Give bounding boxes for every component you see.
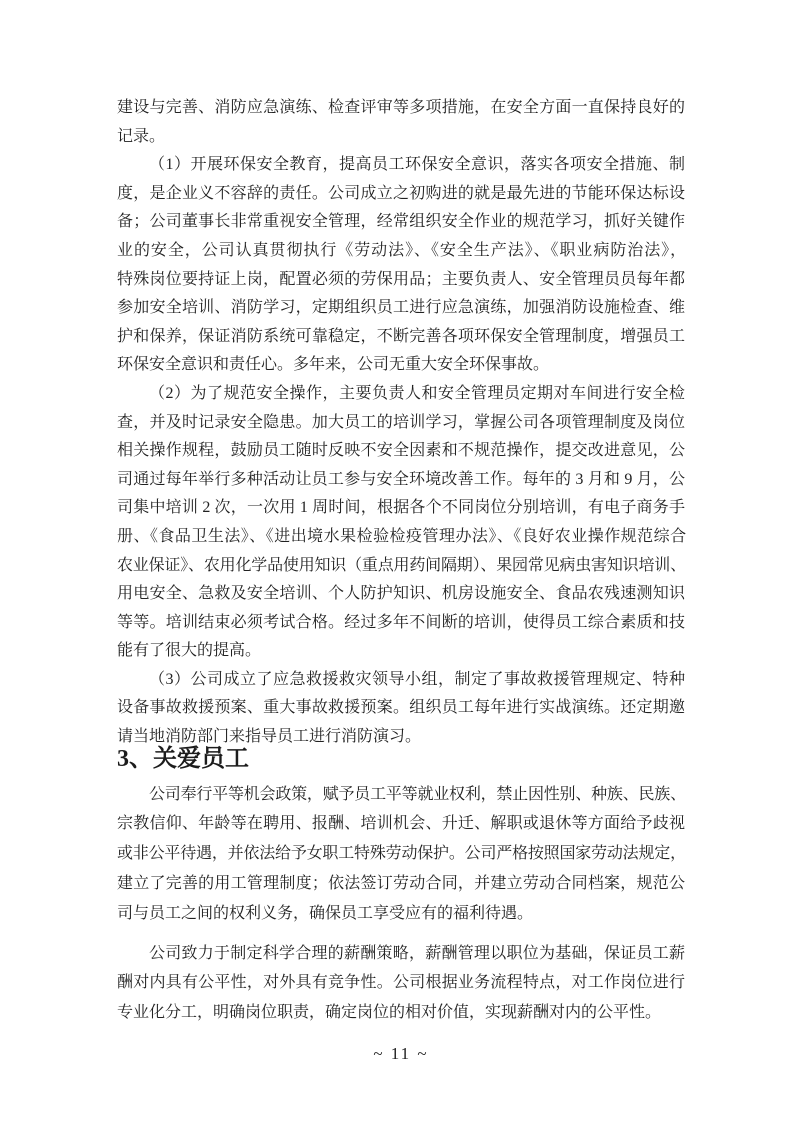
section-care-for-employees: 公司奉行平等机会政策，赋予员工平等就业权利，禁止因性别、种族、民族、 宗教信仰、…: [117, 780, 685, 1028]
text-line: 册、《食品卫生法》、《进出境水果检验检疫管理办法》、《良好农业操作规范综合: [117, 523, 685, 552]
text-line: 能有了很大的提高。: [117, 637, 685, 666]
text-line: （1）开展环保安全教育，提高员工环保安全意识，落实各项安全措施、制: [117, 151, 685, 180]
text-line: 或非公平待遇，并依法给予女职工特殊劳动保护。公司严格按照国家劳动法规定，: [117, 839, 685, 869]
text-line: 宗教信仰、年龄等在聘用、报酬、培训机会、升迁、解职或退休等方面给予歧视: [117, 809, 685, 839]
text-line: 司与员工之间的权利义务，确保员工享受应有的福利待遇。: [117, 899, 685, 929]
page-content: 建设与完善、消防应急演练、检查评审等多项措施，在安全方面一直保持良好的 记录。 …: [117, 94, 685, 1065]
text-line: 护和保养，保证消防系统可靠稳定，不断完善各项环保安全管理制度，增强员工: [117, 323, 685, 352]
text-line: 设备事故救援预案、重大事故救援预案。组织员工每年进行实战演练。还定期邀: [117, 694, 685, 723]
text-line: 公司奉行平等机会政策，赋予员工平等就业权利，禁止因性别、种族、民族、: [117, 780, 685, 810]
text-line: 酬对内具有公平性，对外具有竞争性。公司根据业务流程特点，对工作岗位进行: [117, 968, 685, 998]
text-line: 用电安全、急救及安全培训、个人防护知识、机房设施安全、食品农残速测知识: [117, 580, 685, 609]
text-line: 相关操作规程，鼓励员工随时反映不安全因素和不规范操作，提交改进意见，公: [117, 437, 685, 466]
text-line: 农业保证》、农用化学品使用知识（重点用药间隔期）、果园常见病虫害知识培训、: [117, 552, 685, 581]
paragraph-intro: 建设与完善、消防应急演练、检查评审等多项措施，在安全方面一直保持良好的 记录。: [117, 94, 685, 151]
text-line: 专业化分工，明确岗位职责，确定岗位的相对价值，实现薪酬对内的公平性。: [117, 998, 685, 1028]
text-line: 司集中培训 2 次，一次用 1 周时间，根据各个不同岗位分别培训，有电子商务手: [117, 494, 685, 523]
paragraph-equal-opportunity: 公司奉行平等机会政策，赋予员工平等就业权利，禁止因性别、种族、民族、 宗教信仰、…: [117, 780, 685, 929]
text-line: 备；公司董事长非常重视安全管理，经常组织安全作业的规范学习，抓好关键作: [117, 208, 685, 237]
text-line: 公司致力于制定科学合理的薪酬策略，薪酬管理以职位为基础，保证员工薪: [117, 939, 685, 969]
text-line: 等等。培训结束必须考试合格。经过多年不间断的培训，使得员工综合素质和技: [117, 609, 685, 638]
text-line: （2）为了规范安全操作，主要负责人和安全管理员定期对车间进行安全检: [117, 380, 685, 409]
paragraph-item3: （3）公司成立了应急救援救灾领导小组，制定了事故救援管理规定、特种 设备事故救援…: [117, 666, 685, 752]
page-number: ~ 11 ~: [117, 1043, 685, 1065]
text-line: 业的安全，公司认真贯彻执行《劳动法》、《安全生产法》、《职业病防治法》，: [117, 237, 685, 266]
text-line: 建设与完善、消防应急演练、检查评审等多项措施，在安全方面一直保持良好的: [117, 94, 685, 123]
text-line: 查，并及时记录安全隐患。加大员工的培训学习，掌握公司各项管理制度及岗位: [117, 409, 685, 438]
text-line: 参加安全培训、消防学习，定期组织员工进行应急演练，加强消防设施检查、维: [117, 294, 685, 323]
text-line: 特殊岗位要持证上岗，配置必须的劳保用品；主要负责人、安全管理员员每年都: [117, 266, 685, 295]
text-line: 司通过每年举行多种活动让员工参与安全环境改善工作。每年的 3 月和 9 月，公: [117, 466, 685, 495]
text-line: （3）公司成立了应急救援救灾领导小组，制定了事故救援管理规定、特种: [117, 666, 685, 695]
paragraph-salary-policy: 公司致力于制定科学合理的薪酬策略，薪酬管理以职位为基础，保证员工薪 酬对内具有公…: [117, 939, 685, 1028]
text-line: 记录。: [117, 123, 685, 152]
paragraph-item1: （1）开展环保安全教育，提高员工环保安全意识，落实各项安全措施、制 度，是企业义…: [117, 151, 685, 380]
text-line: 环保安全意识和责任心。多年来，公司无重大安全环保事故。: [117, 351, 685, 380]
text-line: 度，是企业义不容辞的责任。公司成立之初购进的就是最先进的节能环保达标设: [117, 180, 685, 209]
text-line: 建立了完善的用工管理制度；依法签订劳动合同，并建立劳动合同档案，规范公: [117, 869, 685, 899]
paragraph-item2: （2）为了规范安全操作，主要负责人和安全管理员定期对车间进行安全检 查，并及时记…: [117, 380, 685, 666]
document-page: 建设与完善、消防应急演练、检查评审等多项措施，在安全方面一直保持良好的 记录。 …: [0, 0, 800, 1131]
